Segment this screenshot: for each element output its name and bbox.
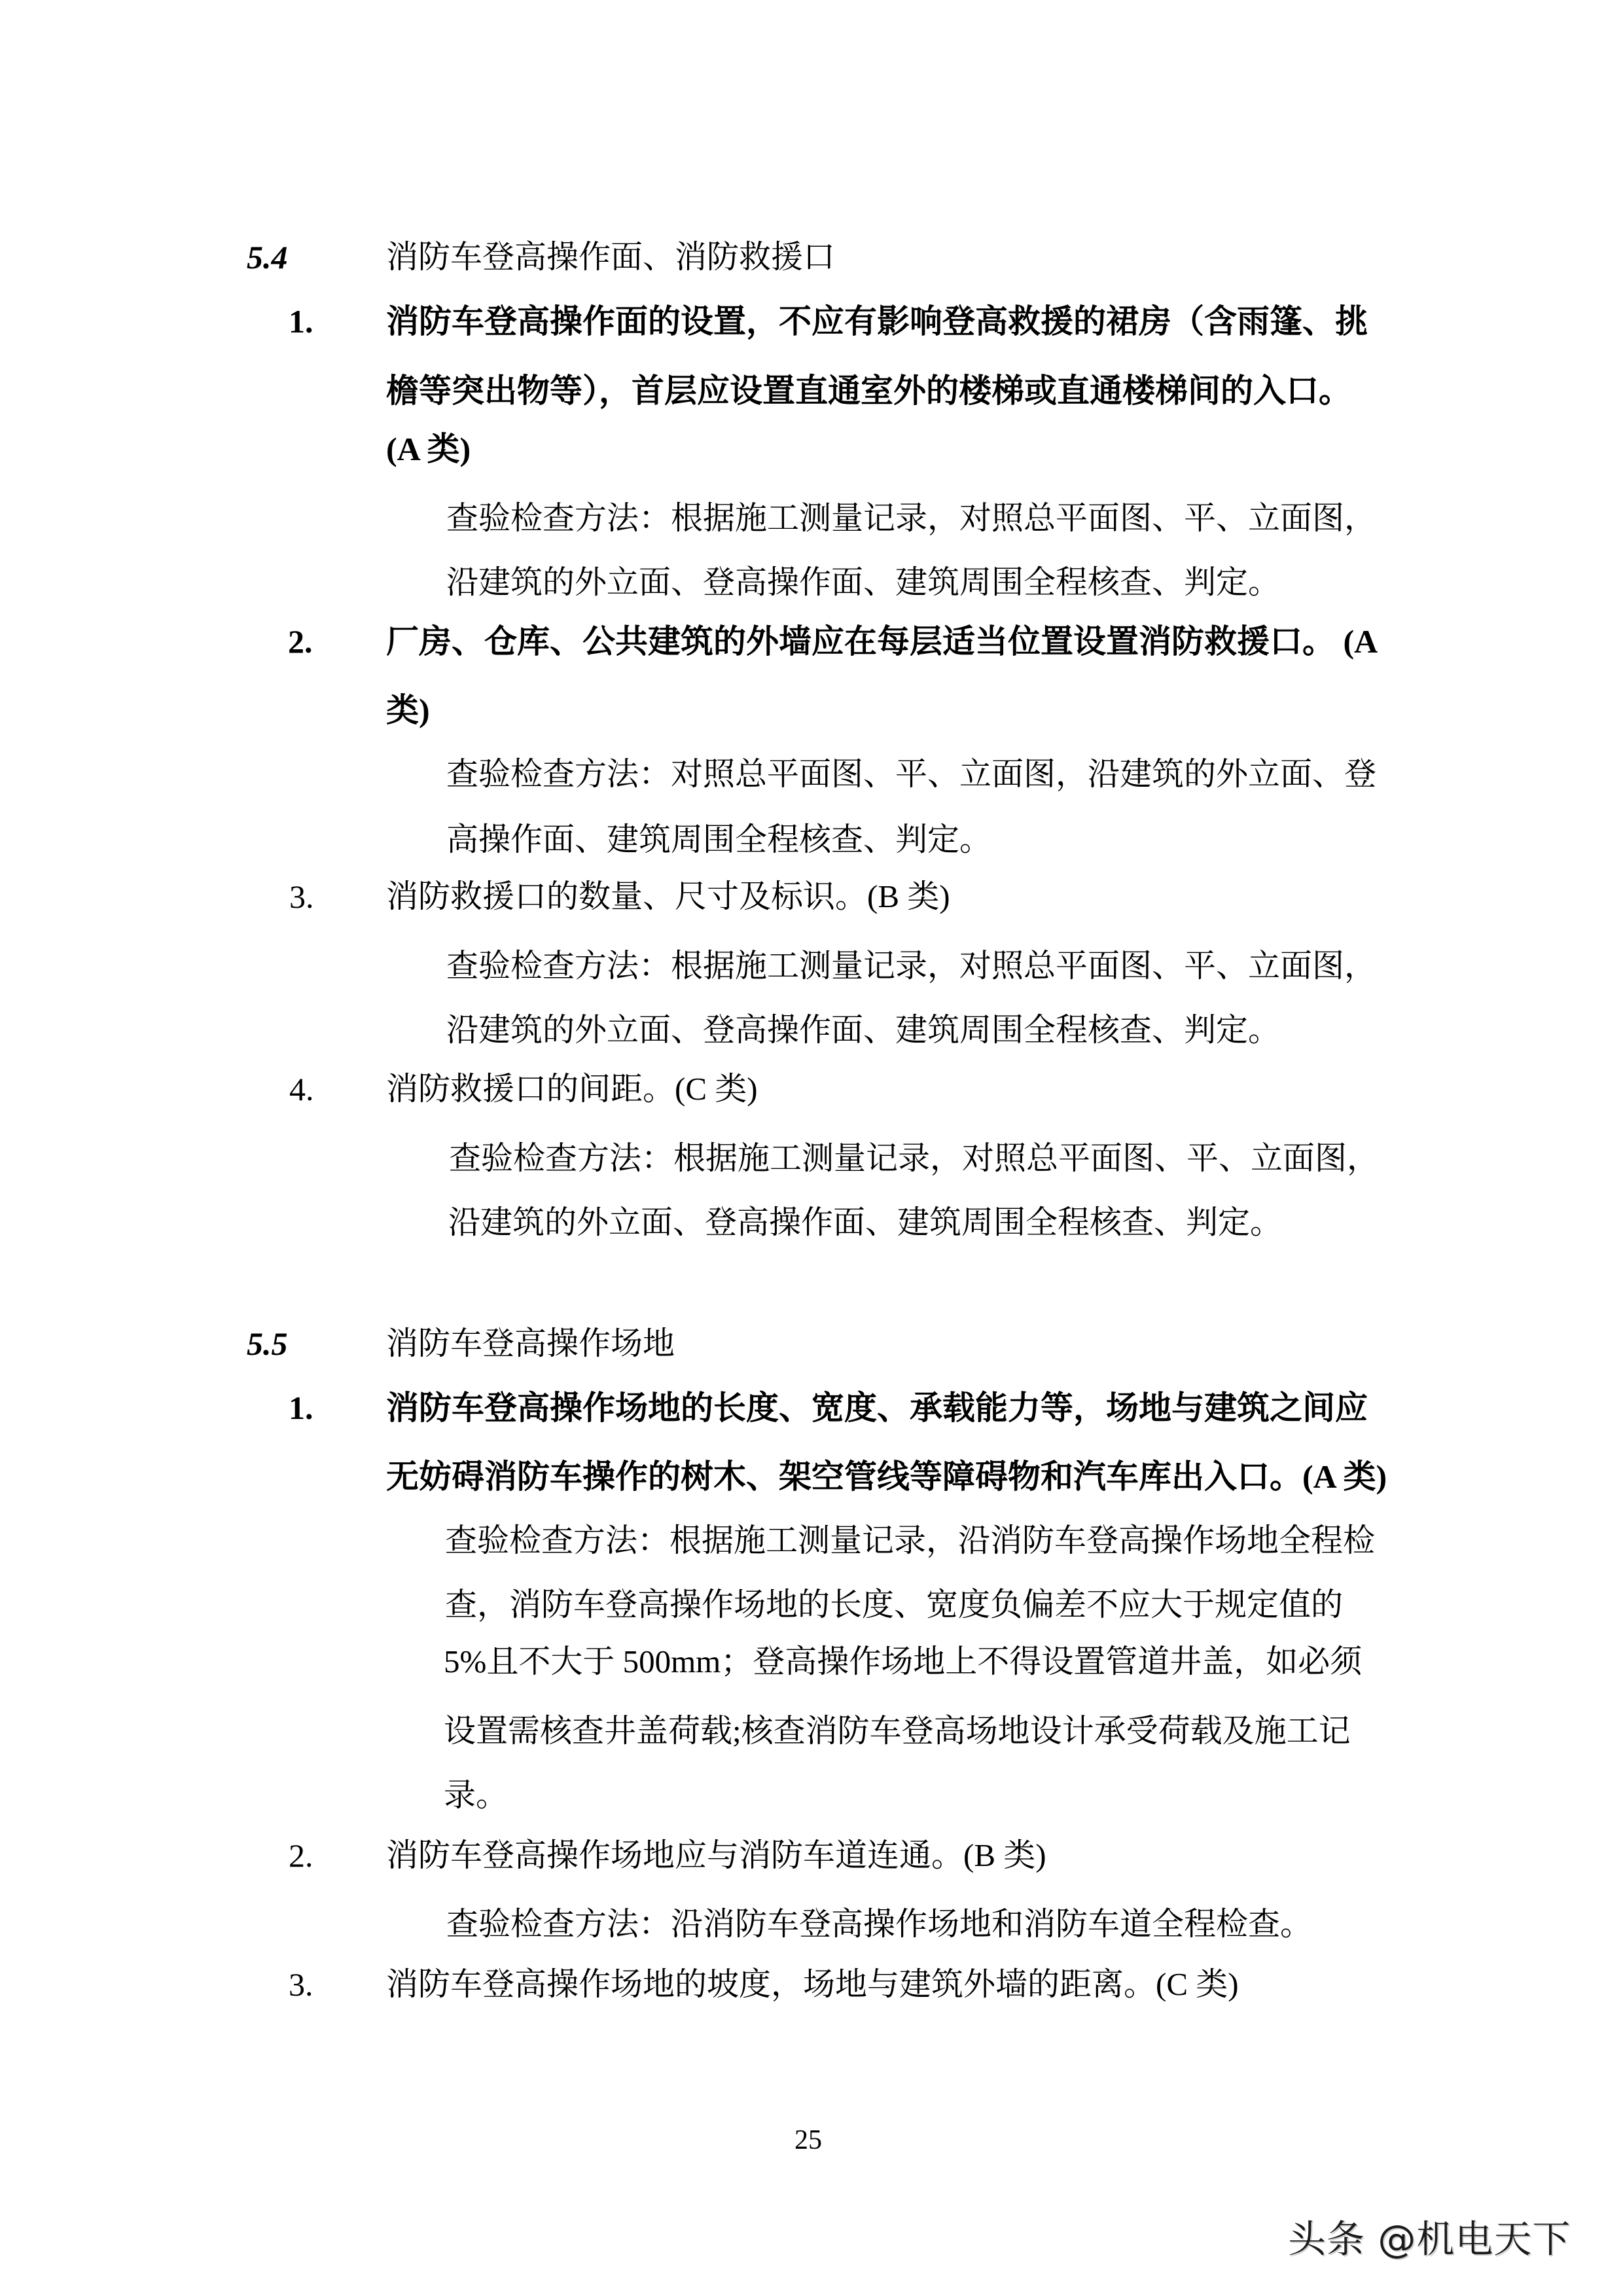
check-method-line: 查验检查方法：根据施工测量记录，对照总平面图、平、立面图， [446,499,1376,538]
item-text-line: 消防车登高操作场地的长度、宽度、承载能力等，场地与建筑之间应 [386,1388,1368,1427]
item-number: 3. [289,877,314,916]
section-number: 5.4 [247,238,288,277]
check-method-line: 沿建筑的外立面、登高操作面、建筑周围全程核查、判定。 [446,1011,1280,1050]
check-method-line: 查验检查方法：根据施工测量记录，对照总平面图、平、立面图， [446,946,1376,986]
item-text-line: 无妨碍消防车操作的树木、架空管线等障碍物和汽车库出入口。(A 类) [386,1457,1387,1496]
item-text-line: 檐等突出物等），首层应设置直通室外的楼梯或直通楼梯间的入口。 [386,371,1351,410]
section-number: 5.5 [247,1324,288,1363]
item-text-line: 类) [386,691,430,730]
item-text-line: 消防车登高操作场地的坡度，场地与建筑外墙的距离。(C 类) [386,1965,1239,2004]
item-text-line: 消防车登高操作面的设置，不应有影响登高救援的裙房（含雨篷、挑 [386,302,1368,341]
item-text-line: 消防救援口的间距。(C 类) [386,1069,758,1109]
check-method-line: 沿建筑的外立面、登高操作面、建筑周围全程核查、判定。 [448,1203,1282,1242]
watermark: 头条 @机电天下 [1288,2216,1571,2262]
check-method-line: 高操作面、建筑周围全程核查、判定。 [446,820,991,859]
item-text-line: 厂房、仓库、公共建筑的外墙应在每层适当位置设置消防救援口。 (A [386,622,1378,661]
page-number: 25 [782,2124,834,2157]
check-method-line: 查验检查方法：根据施工测量记录，对照总平面图、平、立面图， [449,1139,1379,1178]
item-number: 2. [289,1836,313,1875]
check-method-line: 沿建筑的外立面、登高操作面、建筑周围全程核查、判定。 [446,563,1280,602]
check-method-line: 设置需核查井盖荷载;核查消防车登高场地设计承受荷载及施工记 [444,1712,1351,1751]
section-title: 消防车登高操作场地 [386,1324,675,1363]
item-number: 3. [289,1965,313,2004]
check-method-line: 查验检查方法：沿消防车登高操作场地和消防车道全程检查。 [446,1905,1312,1944]
item-number: 4. [289,1069,314,1109]
check-method-line: 查验检查方法：对照总平面图、平、立面图，沿建筑的外立面、登 [446,755,1376,794]
item-number: 2. [288,622,313,661]
section-title: 消防车登高操作面、消防救援口 [386,238,835,277]
check-method-line: 录。 [444,1776,508,1815]
item-number: 1. [289,1388,313,1427]
item-category-label: (A 类) [386,429,471,469]
item-text-line: 消防车登高操作场地应与消防车道连通。(B 类) [386,1836,1046,1875]
check-method-line: 查，消防车登高操作场地的长度、宽度负偏差不应大于规定值的 [445,1585,1343,1624]
item-text-line: 消防救援口的数量、尺寸及标识。(B 类) [386,877,950,916]
check-method-line: 查验检查方法：根据施工测量记录，沿消防车登高操作场地全程检 [445,1521,1375,1560]
item-number: 1. [289,302,313,341]
check-method-line: 5%且不大于 500mm；登高操作场地上不得设置管道井盖，如必须 [444,1642,1362,1681]
